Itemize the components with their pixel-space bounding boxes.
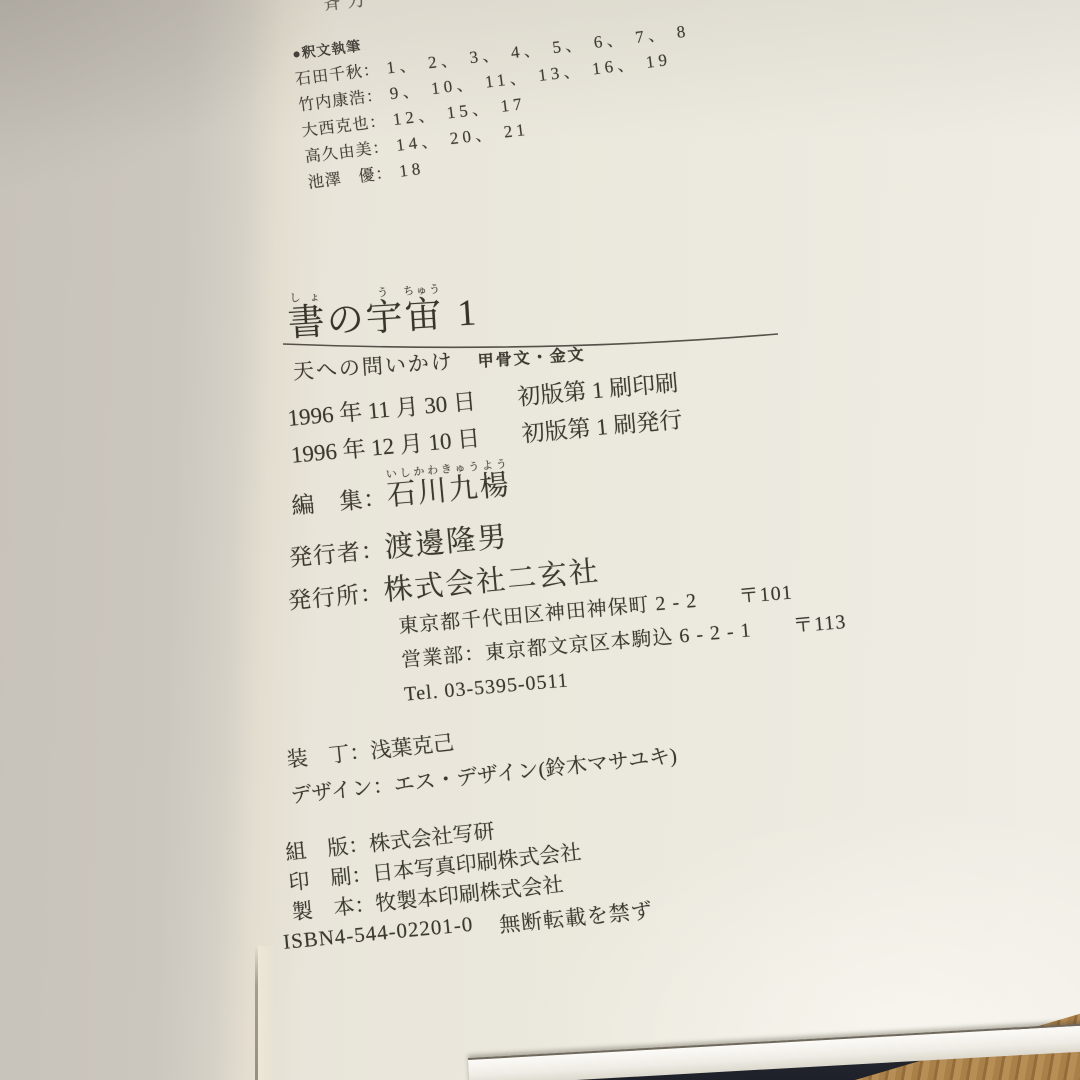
publisher-label: 発行所： [287, 574, 386, 616]
volume-number: 1 [456, 292, 479, 334]
editor-name-ruby: 石川九楊いしかわきゅうよう [386, 469, 512, 512]
design-credits: 装 丁： 浅葉克己 デザイン： エス・デザイン(鈴木マサユキ) [285, 701, 679, 813]
editor-label: 編 集： [290, 479, 389, 521]
contributor-name: 大西克也： [301, 112, 395, 141]
top-cut-text: 斉刀 [322, 0, 372, 15]
genre-text: 甲骨文・金文 [477, 342, 586, 372]
contributor-numbers: 18 [398, 160, 425, 181]
contributors-list: ●釈文執筆 石田千秋： 1、 2、 3、 4、 5、 6、 7、 8 竹内康浩：… [291, 0, 703, 193]
book-colophon-photo: 斉刀 ●釈文執筆 石田千秋： 1、 2、 3、 4、 5、 6、 7、 8 竹内… [0, 0, 1080, 1080]
contributor-name: 石田千秋： [294, 61, 388, 90]
contributor-name: 高久由美： [304, 138, 398, 167]
contributor-name: 竹内康浩： [298, 86, 392, 115]
editor-name: 石川九楊いしかわきゅうよう [385, 458, 513, 514]
page-gutter-highlight [258, 946, 276, 1080]
contributor-name: 池澤 優： [307, 164, 401, 193]
issuer-label: 発行者： [288, 531, 387, 573]
